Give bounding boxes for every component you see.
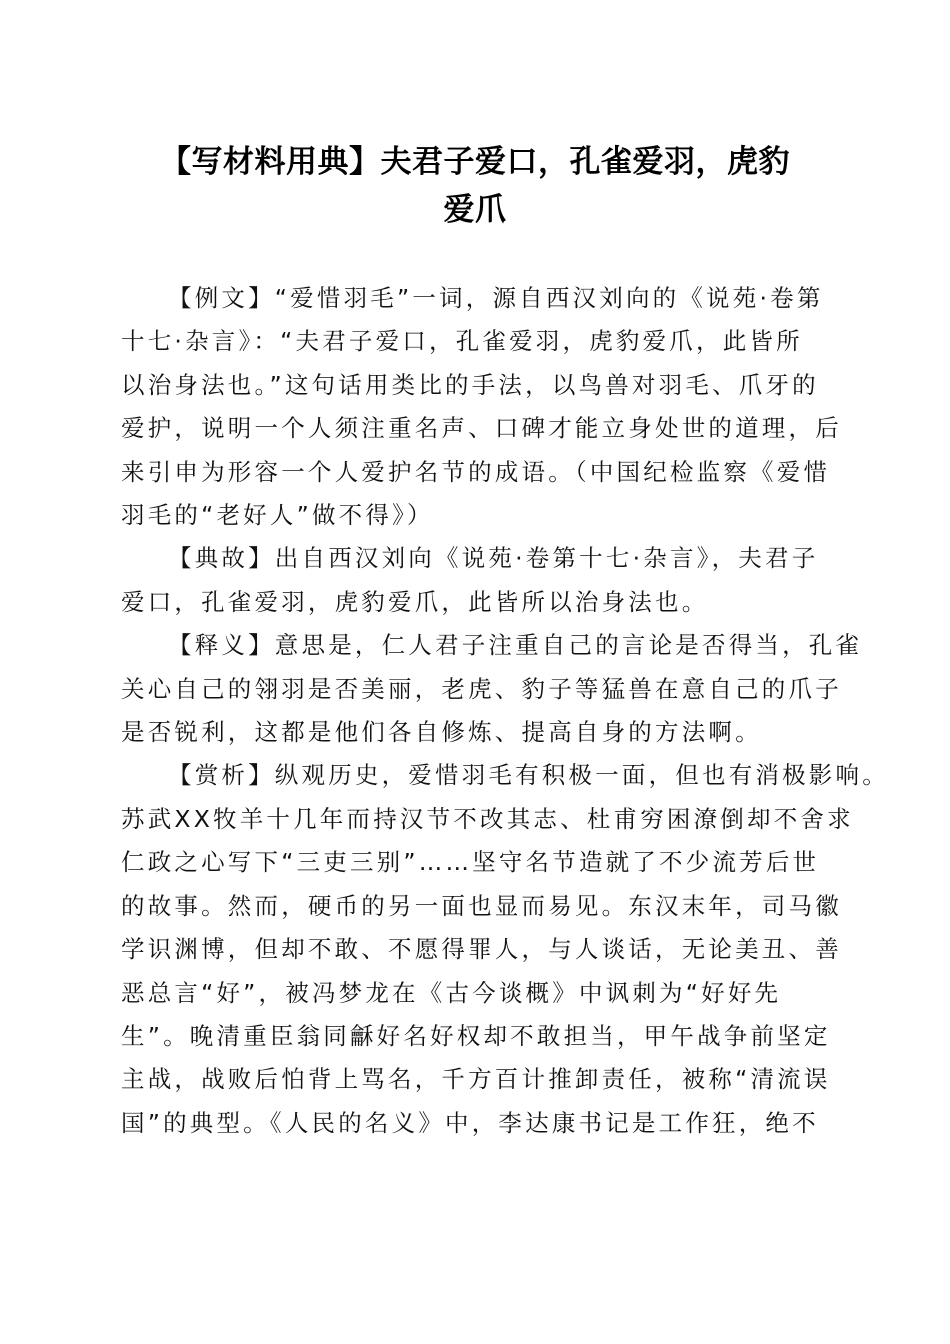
paragraph-line: 苏武XX牧羊十几年而持汉节不改其志、杜甫穷困潦倒却不舍求 xyxy=(121,798,831,841)
paragraph-line: 以治身法也。”这句话用类比的手法，以鸟兽对羽毛、爪牙的 xyxy=(121,364,831,407)
paragraph-line: 来引申为形容一个人爱护名节的成语。（中国纪检监察《爱惜 xyxy=(121,451,831,494)
paragraph-allusion: 【典故】出自西汉刘向《说苑·卷第十七·杂言》，夫君子 爱口，孔雀爱羽，虎豹爱爪，… xyxy=(121,537,831,624)
paragraph-example: 【例文】“爱惜羽毛”一词，源自西汉刘向的《说苑·卷第 十七·杂言》：“夫君子爱口… xyxy=(121,277,831,537)
paragraph-line: 仁政之心写下“三吏三别”……坚守名节造就了不少流芳后世 xyxy=(121,841,831,884)
paragraph-line: 爱口，孔雀爱羽，虎豹爱爪，此皆所以治身法也。 xyxy=(121,581,831,624)
paragraph-line: 学识渊博，但却不敢、不愿得罪人，与人谈话，无论美丑、善 xyxy=(121,928,831,971)
document-title: 【写材料用典】夫君子爱口，孔雀爱羽，虎豹 爱爪 xyxy=(110,138,840,234)
paragraph-line: 的故事。然而，硬币的另一面也显而易见。东汉末年，司马徽 xyxy=(121,885,831,928)
document-page: 【写材料用典】夫君子爱口，孔雀爱羽，虎豹 爱爪 【例文】“爱惜羽毛”一词，源自西… xyxy=(0,0,950,1344)
paragraph-line: 【释义】意思是，仁人君子注重自己的言论是否得当，孔雀 xyxy=(121,624,831,667)
paragraph-line: 【典故】出自西汉刘向《说苑·卷第十七·杂言》，夫君子 xyxy=(121,537,831,580)
paragraph-line: 是否锐利，这都是他们各自修炼、提高自身的方法啊。 xyxy=(121,711,831,754)
paragraph-line: 爱护，说明一个人须注重名声、口碑才能立身处世的道理，后 xyxy=(121,407,831,450)
paragraph-line: 关心自己的翎羽是否美丽，老虎、豹子等猛兽在意自己的爪子 xyxy=(121,668,831,711)
paragraph-line: 恶总言“好”，被冯梦龙在《古今谈概》中讽刺为“好好先 xyxy=(121,972,831,1015)
title-line-1: 【写材料用典】夫君子爱口，孔雀爱羽，虎豹 xyxy=(110,138,840,186)
paragraph-line: 生”。晚清重臣翁同龢好名好权却不敢担当，甲午战争前坚定 xyxy=(121,1015,831,1058)
paragraph-line: 【赏析】纵观历史，爱惜羽毛有积极一面，但也有消极影响。 xyxy=(121,754,831,797)
paragraph-meaning: 【释义】意思是，仁人君子注重自己的言论是否得当，孔雀 关心自己的翎羽是否美丽，老… xyxy=(121,624,831,754)
paragraph-line: 国”的典型。《人民的名义》中，李达康书记是工作狂，绝不 xyxy=(121,1102,831,1145)
title-line-2: 爱爪 xyxy=(110,186,840,234)
paragraph-line: 【例文】“爱惜羽毛”一词，源自西汉刘向的《说苑·卷第 xyxy=(121,277,831,320)
document-body: 【例文】“爱惜羽毛”一词，源自西汉刘向的《说苑·卷第 十七·杂言》：“夫君子爱口… xyxy=(121,277,831,1145)
paragraph-analysis: 【赏析】纵观历史，爱惜羽毛有积极一面，但也有消极影响。 苏武XX牧羊十几年而持汉… xyxy=(121,754,831,1145)
paragraph-line: 羽毛的“老好人”做不得》） xyxy=(121,494,831,537)
paragraph-line: 主战，战败后怕背上骂名，千方百计推卸责任，被称“清流误 xyxy=(121,1058,831,1101)
paragraph-line: 十七·杂言》：“夫君子爱口，孔雀爱羽，虎豹爱爪，此皆所 xyxy=(121,320,831,363)
